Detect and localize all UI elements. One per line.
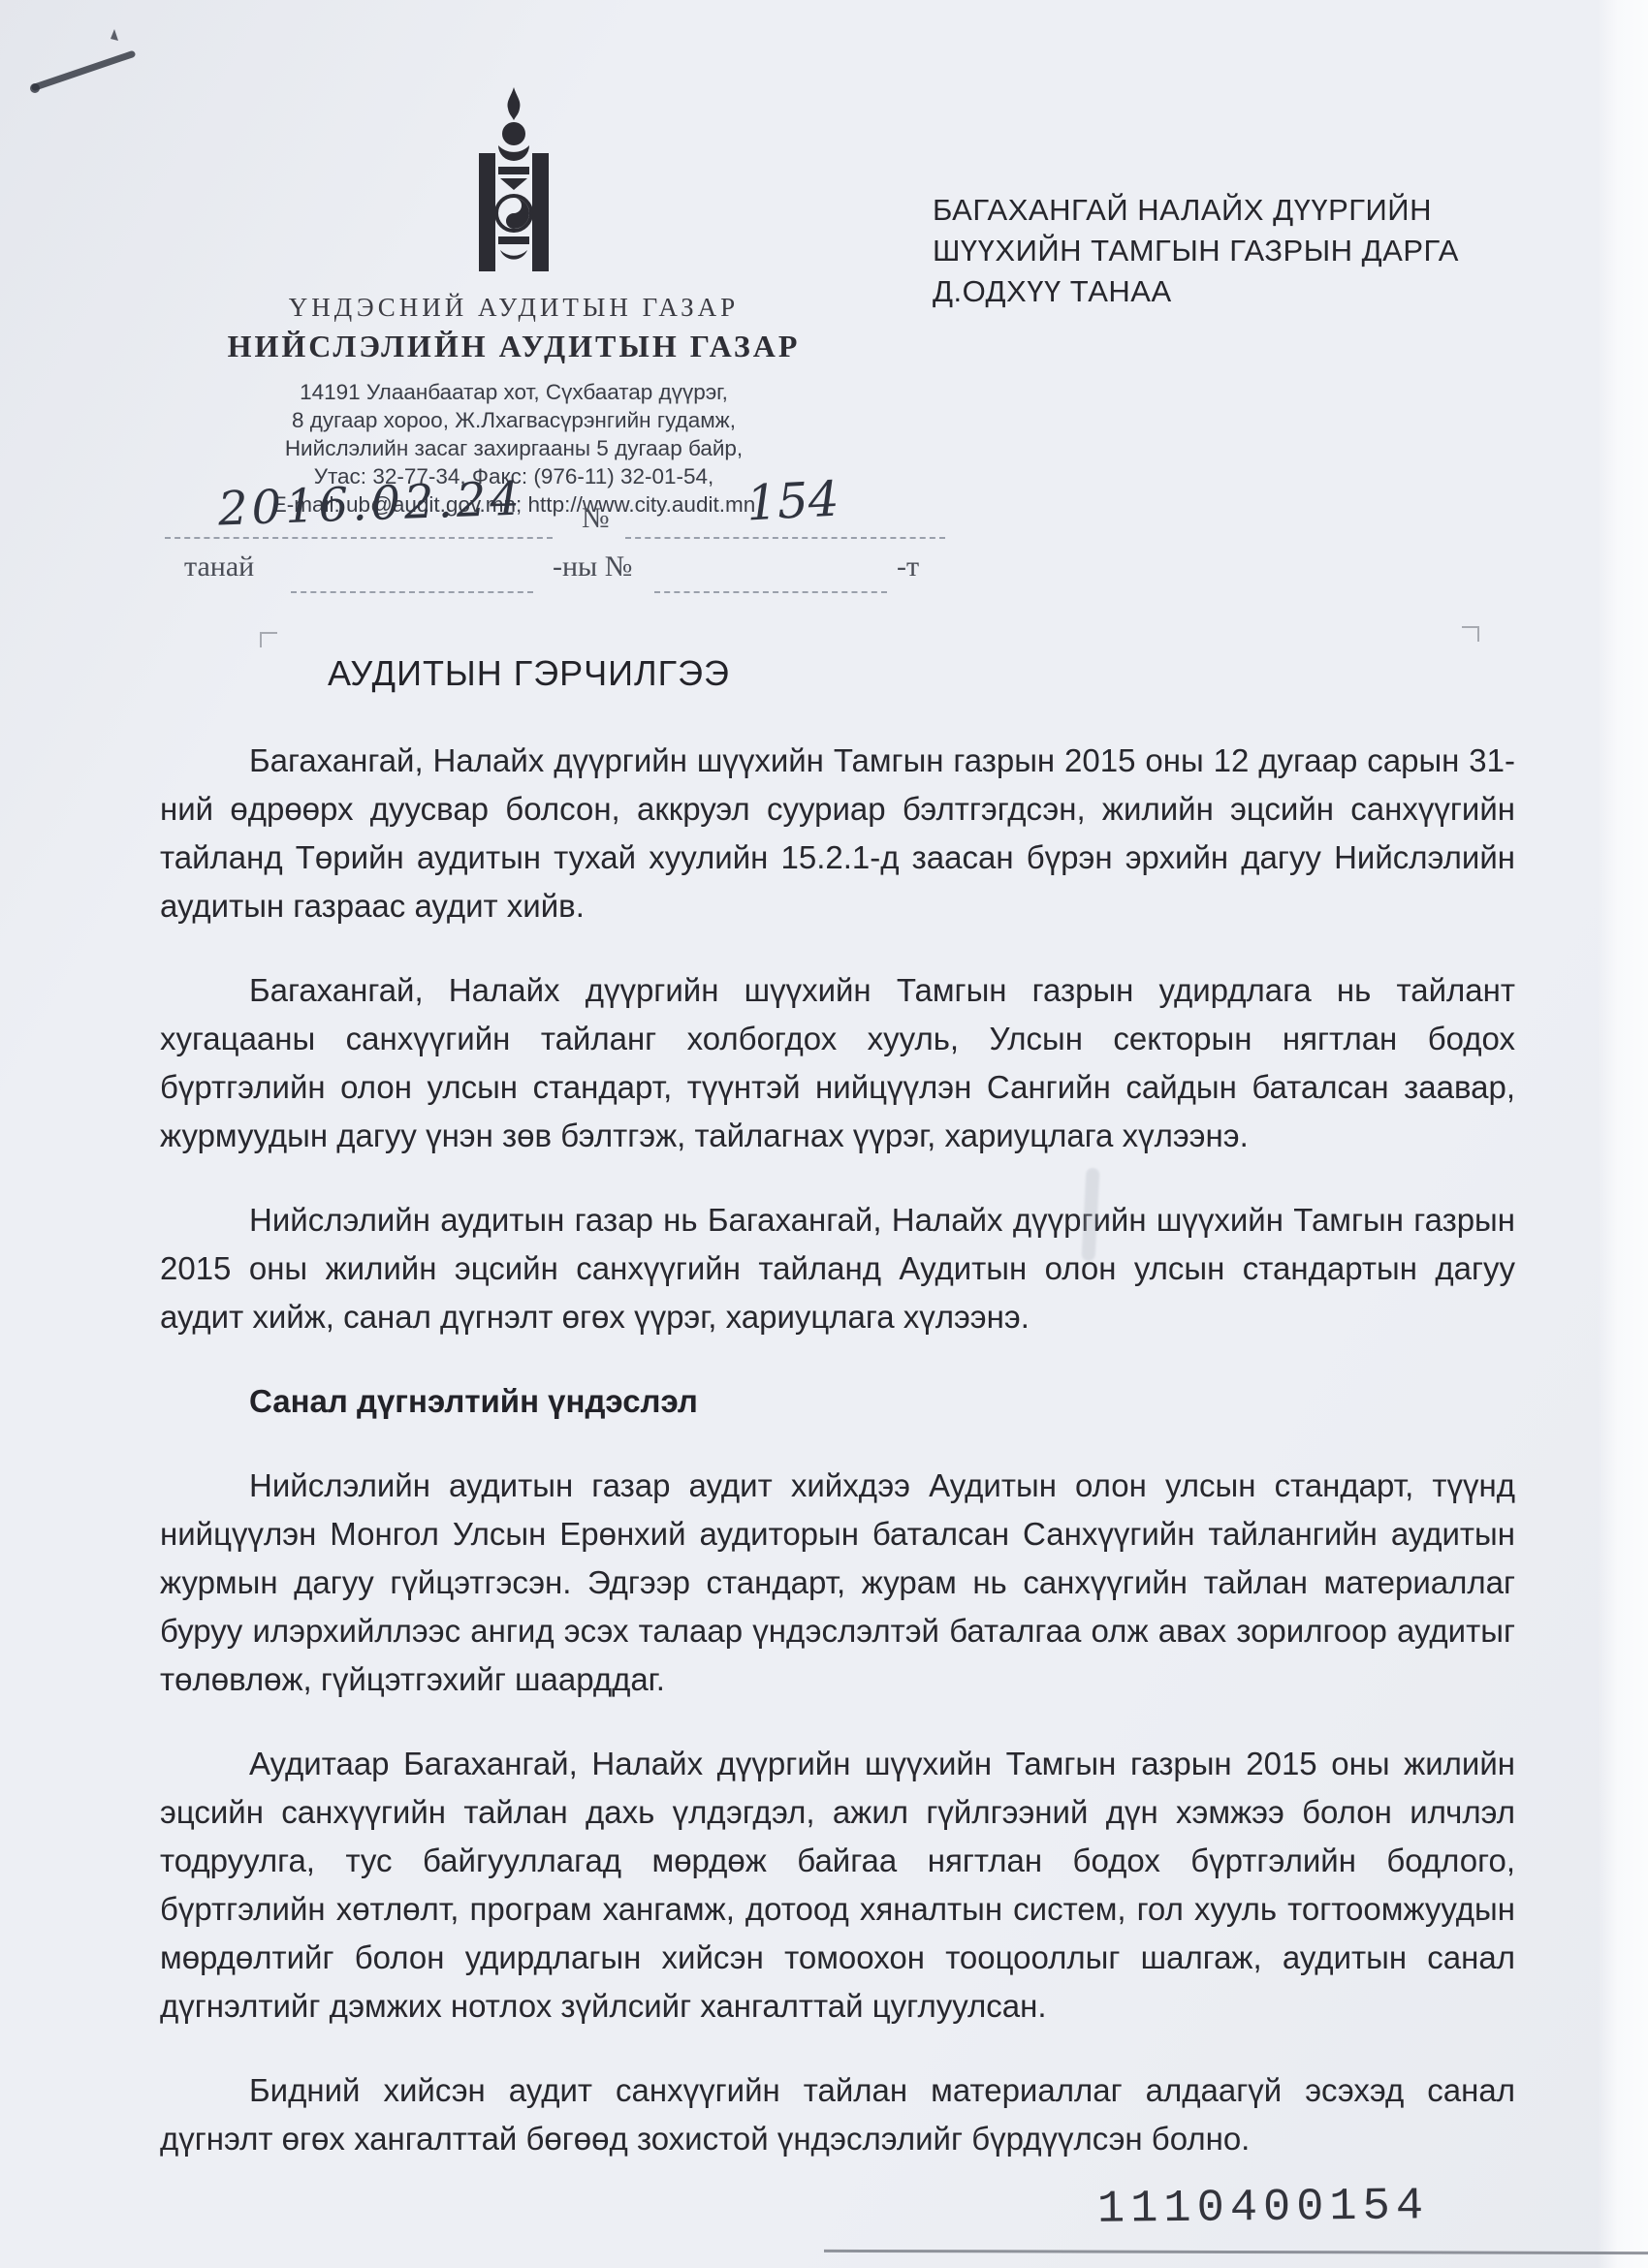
paper-edge xyxy=(1598,0,1648,2268)
letterhead: ҮНДЭСНИЙ АУДИТЫН ГАЗАР НИЙСЛЭЛИЙН АУДИТЫ… xyxy=(155,85,872,519)
number-sign: № xyxy=(582,502,610,535)
paragraph: Нийслэлийн аудитын газар нь Багахангай, … xyxy=(160,1196,1515,1341)
paper-edge-shadow xyxy=(824,2250,1648,2254)
ref-prefix: танай xyxy=(184,551,254,583)
handwritten-date: 2016.02.24 xyxy=(217,472,524,537)
pen-stroke-mark xyxy=(17,17,173,124)
paragraph: Аудитаар Багахангай, Налайх дүүргийн шүү… xyxy=(160,1740,1515,2031)
soyombo-emblem-icon xyxy=(460,85,568,279)
paragraph: Багахангай, Налайх дүүргийн шүүхийн Тамг… xyxy=(160,737,1515,930)
ref-middle: -ны № xyxy=(553,551,632,583)
date-number-line: 2016.02.24 № 154 xyxy=(165,483,843,543)
document-body: Багахангай, Налайх дүүргийн шүүхийн Тамг… xyxy=(160,737,1515,2199)
parent-org-name: ҮНДЭСНИЙ АУДИТЫН ГАЗАР xyxy=(155,293,872,323)
recipient-line: ШҮҮХИЙН ТАМГЫН ГАЗРЫН ДАРГА xyxy=(933,231,1459,271)
paragraph: Бидний хийсэн аудит санхүүгийн тайлан ма… xyxy=(160,2066,1515,2163)
stamped-serial-number: 1110400154 xyxy=(1097,2181,1430,2236)
paragraph: Нийслэлийн аудитын газар аудит хийхдээ А… xyxy=(160,1462,1515,1704)
address-line: 8 дугаар хороо, Ж.Лхагвасүрэнгийн гудамж… xyxy=(155,406,872,434)
address-line: 14191 Улаанбаатар хот, Сүхбаатар дүүрэг, xyxy=(155,378,872,406)
paragraph: Багахангай, Налайх дүүргийн шүүхийн Тамг… xyxy=(160,966,1515,1160)
ref-suffix: -т xyxy=(897,551,919,583)
org-name: НИЙСЛЭЛИЙН АУДИТЫН ГАЗАР xyxy=(155,329,872,364)
document-title: АУДИТЫН ГЭРЧИЛГЭЭ xyxy=(328,653,730,694)
address-line: Нийслэлийн засаг захиргааны 5 дугаар бай… xyxy=(155,434,872,462)
scanned-letter-page: ҮНДЭСНИЙ АУДИТЫН ГАЗАР НИЙСЛЭЛИЙН АУДИТЫ… xyxy=(0,0,1648,2268)
number-underline xyxy=(625,537,945,539)
recipient-line: Д.ОДХҮҮ ТАНАА xyxy=(933,271,1459,312)
ref-underline xyxy=(291,591,533,593)
ref-underline xyxy=(654,591,887,593)
section-heading: Санал дүгнэлтийн үндэслэл xyxy=(160,1377,1515,1426)
corner-mark xyxy=(260,632,277,647)
date-underline xyxy=(165,537,553,539)
recipient-block: БАГАХАНГАЙ НАЛАЙХ ДҮҮРГИЙН ШҮҮХИЙН ТАМГЫ… xyxy=(933,190,1459,312)
handwritten-doc-number: 154 xyxy=(745,471,840,532)
reference-line: танай -ны № -т xyxy=(165,551,863,599)
recipient-line: БАГАХАНГАЙ НАЛАЙХ ДҮҮРГИЙН xyxy=(933,190,1459,231)
corner-mark xyxy=(1462,626,1479,642)
